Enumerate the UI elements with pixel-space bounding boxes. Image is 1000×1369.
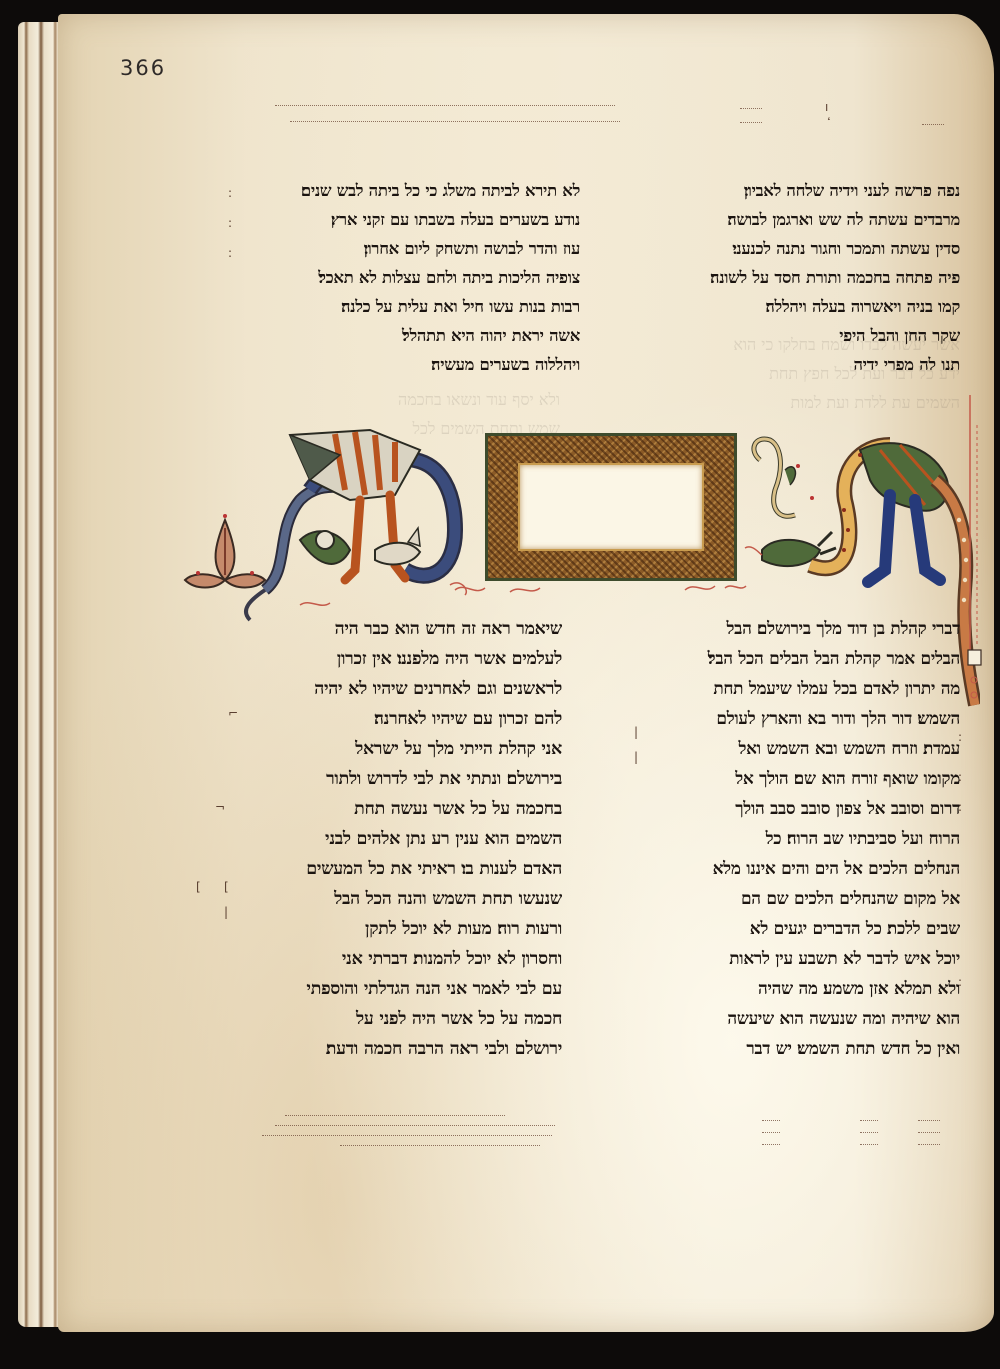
text-line: בחכמה על כל אשר נעשה תחת xyxy=(262,794,562,824)
text-line: ואין כל חדש תחת השמש׃ יש דבר xyxy=(662,1034,960,1064)
text-column-upper-left: לא תירא לביתה משלג כי כל ביתה לבש שנים׃ … xyxy=(262,176,580,379)
text-line: אני קהלת הייתי מלך על ישראל xyxy=(262,734,562,764)
left-grotesque-creature-icon xyxy=(180,420,470,630)
text-line: יוכל איש לדבר לא תשבע עין לראות xyxy=(662,944,960,974)
text-line: רבות בנות עשו חיל ואת עלית על כלנה׃ xyxy=(262,292,580,321)
text-line: סדין עשתה ותמכר וחגור נתנה לכנעני׃ xyxy=(668,234,960,263)
text-column-lower-left: שיאמר ראה זה חדש הוא כבר היה לעלמים אשר … xyxy=(262,614,562,1064)
text-line: לא תירא לביתה משלג כי כל ביתה לבש שנים׃ xyxy=(262,176,580,205)
text-line: לראשנים וגם לאחרנים שיהיו לא יהיה xyxy=(262,674,562,704)
red-flourish-icon xyxy=(450,580,560,600)
text-line: מקומו שואף זורח הוא שם׃ הולך אל xyxy=(662,764,960,794)
text-column-lower-right: דברי קהלת בן דוד מלך בירושלם׃ הבל הבלים … xyxy=(662,614,960,1064)
text-line: שיאמר ראה זה חדש הוא כבר היה xyxy=(262,614,562,644)
text-line: השמים הוא ענין רע נתן אלהים לבני xyxy=(262,824,562,854)
text-line: עם לבי לאמר אני הנה הגדלתי והוספתי xyxy=(262,974,562,1004)
text-line: ויהללוה בשערים מעשיה׃ xyxy=(262,350,580,379)
text-line: שבים ללכת׃ כל הדברים יגעים לא xyxy=(662,914,960,944)
text-line: בירושלם׃ ונתתי את לבי לדרוש ולתור xyxy=(262,764,562,794)
text-line: ירושלם ולבי ראה הרבה חכמה ודעת׃ xyxy=(262,1034,562,1064)
text-line: וחסרון לא יוכל להמנות׃ דברתי אני xyxy=(262,944,562,974)
text-line: נפה פרשה לעני וידיה שלחה לאביון׃ xyxy=(668,176,960,205)
text-line: שנעשו תחת השמש והנה הכל הבל xyxy=(262,884,562,914)
text-line: עוז והדר לבושה ותשחק ליום אחרון׃ xyxy=(262,234,580,263)
right-margin-ornament-icon xyxy=(965,395,983,725)
text-line: חכמה על כל אשר היה לפני על xyxy=(262,1004,562,1034)
text-line: דברי קהלת בן דוד מלך בירושלם׃ הבל xyxy=(662,614,960,644)
text-line: עמדת׃ וזרח השמש ובא השמש ואל xyxy=(662,734,960,764)
text-line: אשה יראת יהוה היא תתהלל׃ xyxy=(262,321,580,350)
text-line: לעלמים אשר היה מלפננו׃ אין זכרון xyxy=(262,644,562,674)
text-line: הנחלים הלכים אל הים והים איננו מלא xyxy=(662,854,960,884)
text-line: נודע בשערים בעלה בשבתו עם זקני ארץ׃ xyxy=(262,205,580,234)
text-line: פיה פתחה בחכמה ותורת חסד על לשונה׃ xyxy=(668,263,960,292)
text-line: השמש׃ דור הלך ודור בא והארץ לעולם xyxy=(662,704,960,734)
text-line: הוא שיהיה ומה שנעשה הוא שיעשה xyxy=(662,1004,960,1034)
text-line: ורעות רוח׃ מעות לא יוכל לתקן xyxy=(262,914,562,944)
text-line: שקר החן והבל היפי xyxy=(668,321,960,350)
text-line: דרום וסובב אל צפון סובב סבב הולך xyxy=(662,794,960,824)
text-line: הבלים אמר קהלת הבל הבלים הכל הבל׃ xyxy=(662,644,960,674)
text-line: קמו בניה ויאשרוה בעלה ויהללה׃ xyxy=(668,292,960,321)
text-line: אל מקום שהנחלים הלכים שם הם xyxy=(662,884,960,914)
text-line: תנו לה מפרי ידיה xyxy=(668,350,960,379)
empty-illuminated-frame xyxy=(485,433,737,581)
text-column-upper-right: נפה פרשה לעני וידיה שלחה לאביון׃ מרבדים … xyxy=(668,176,960,379)
text-line: צופיה הליכות ביתה ולחם עצלות לא תאכל׃ xyxy=(262,263,580,292)
text-line: הרוח ועל סביבתיו שב הרוח׃ כל xyxy=(662,824,960,854)
text-line: ולא תמלא אזן משמע׃ מה שהיה xyxy=(662,974,960,1004)
frame-blank-window xyxy=(518,463,704,551)
gold-interlace-border xyxy=(488,436,734,578)
text-line: האדם לענות בו׃ ראיתי את כל המעשים xyxy=(262,854,562,884)
text-line: מה יתרון לאדם בכל עמלו שיעמל תחת xyxy=(662,674,960,704)
text-line: מרבדים עשתה לה שש וארגמן לבושה׃ xyxy=(668,205,960,234)
text-line: להם זכרון עם שיהיו לאחרנה׃ xyxy=(262,704,562,734)
folio-number: 366 xyxy=(120,56,166,80)
